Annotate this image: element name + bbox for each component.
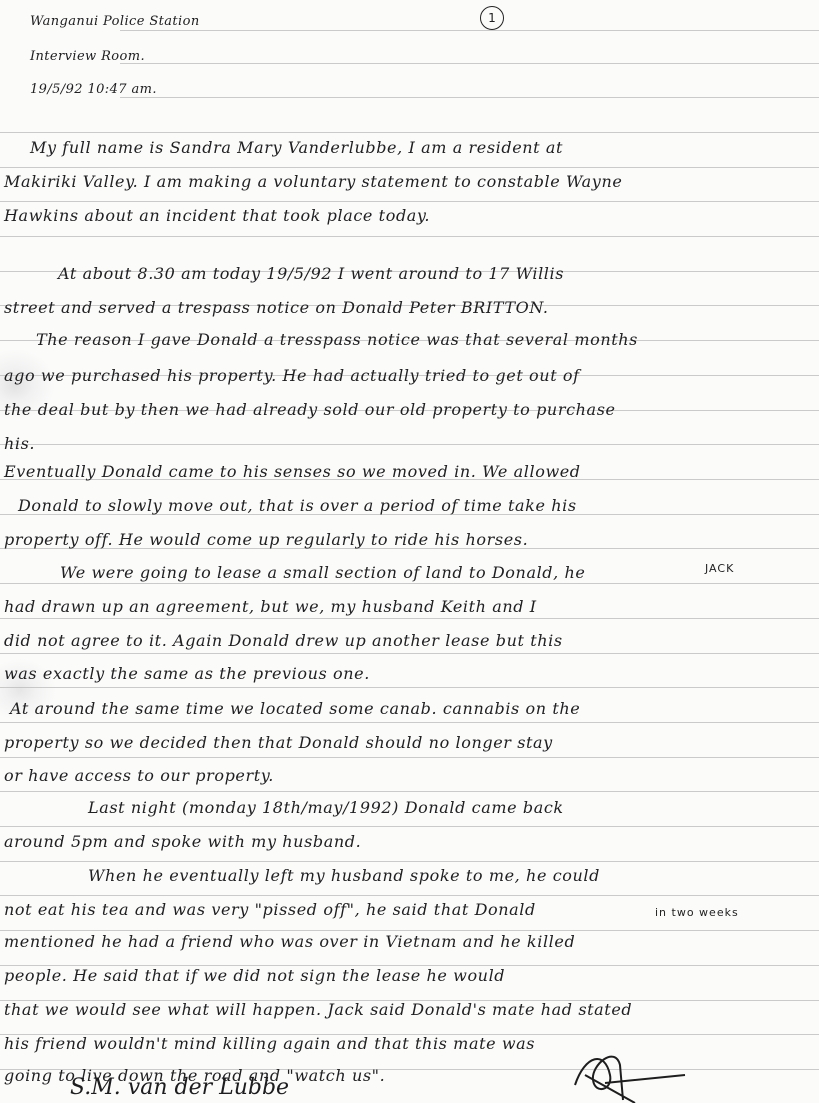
statement-line: Last night (monday 18th/may/1992) Donald… (88, 798, 564, 817)
statement-line: people. He said that if we did not sign … (4, 966, 505, 985)
statement-line: his friend wouldn't mind killing again a… (4, 1034, 535, 1053)
statement-line: When he eventually left my husband spoke… (88, 866, 600, 885)
statement-page: 1 Wanganui Police Station Interview Room… (0, 0, 819, 1103)
statement-line: had drawn up an agreement, but we, my hu… (4, 597, 537, 616)
header-location: Wanganui Police Station (30, 14, 200, 29)
initials-signature-mark (565, 1045, 705, 1103)
statement-line: Donald to slowly move out, that is over … (18, 496, 577, 515)
insertion-jack: JACK (705, 562, 734, 575)
statement-line: Hawkins about an incident that took plac… (4, 206, 430, 225)
statement-line: the deal but by then we had already sold… (4, 400, 616, 419)
statement-line: property so we decided then that Donald … (4, 733, 553, 752)
statement-line: My full name is Sandra Mary Vanderlubbe,… (30, 138, 563, 157)
statement-line: Eventually Donald came to his senses so … (4, 462, 581, 481)
page-number-circle: 1 (480, 6, 504, 30)
header-date-time: 19/5/92 10:47 am. (30, 82, 157, 97)
statement-line: mentioned he had a friend who was over i… (4, 932, 575, 951)
statement-line: that we would see what will happen. Jack… (4, 1000, 632, 1019)
header-room: Interview Room. (30, 49, 145, 64)
statement-line: street and served a trespass notice on D… (4, 298, 549, 317)
statement-line: or have access to our property. (4, 766, 274, 785)
statement-line: We were going to lease a small section o… (60, 563, 586, 582)
statement-line: around 5pm and spoke with my husband. (4, 832, 361, 851)
statement-line: not eat his tea and was very "pissed off… (4, 900, 536, 919)
statement-line: his. (4, 434, 35, 453)
statement-line: The reason I gave Donald a tresspass not… (36, 330, 638, 349)
statement-line: Makiriki Valley. I am making a voluntary… (4, 172, 622, 191)
statement-line: did not agree to it. Again Donald drew u… (4, 631, 563, 650)
signature-name: S.M. van der Lubbe (70, 1075, 289, 1100)
statement-line: At about 8.30 am today 19/5/92 I went ar… (58, 264, 564, 283)
statement-line: property off. He would come up regularly… (4, 530, 528, 549)
statement-line: At around the same time we located some … (10, 699, 580, 718)
statement-line: ago we purchased his property. He had ac… (4, 366, 580, 385)
statement-line: was exactly the same as the previous one… (4, 664, 370, 683)
insertion-two-weeks: in two weeks (655, 906, 739, 919)
